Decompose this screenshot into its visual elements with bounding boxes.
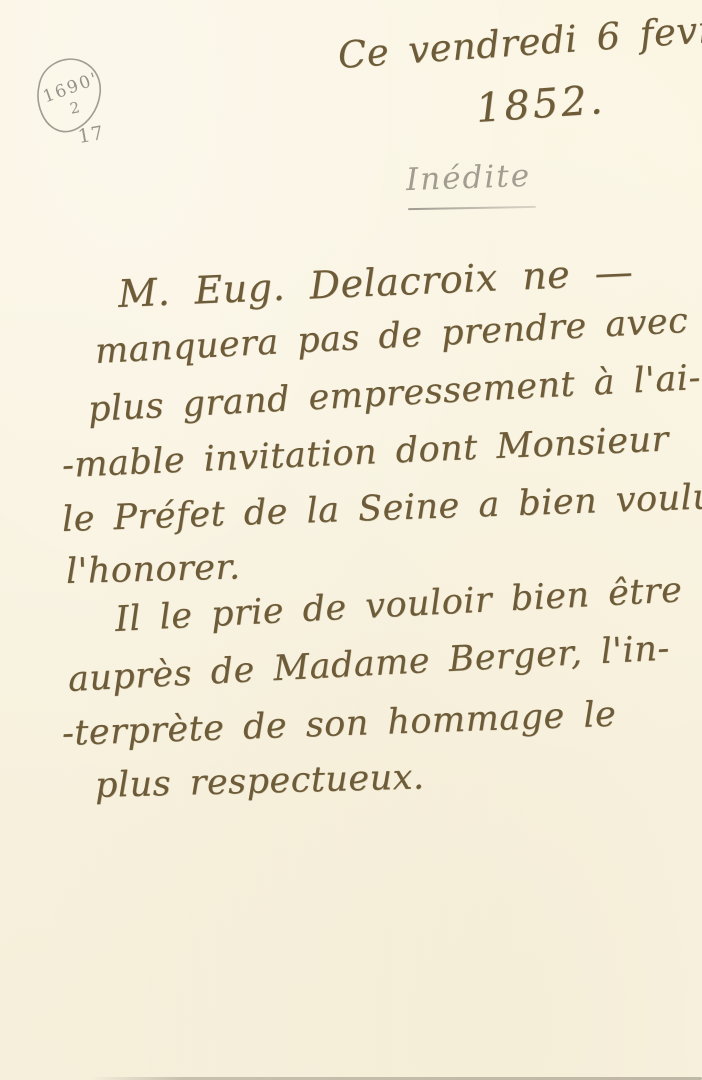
letter-line: M. Eug. Delacroix ne —: [117, 250, 634, 316]
letter-page: 1690' 2 17 Ce vendredi 6 fevr. 1852. Iné…: [0, 0, 702, 1080]
pencil-note-inedite: Inédite: [405, 158, 531, 198]
letter-line: plus respectueux.: [94, 757, 425, 806]
letter-line: l'honorer.: [65, 547, 240, 592]
letter-line: le Préfet de la Seine a bien voulu: [61, 477, 702, 540]
date-line-1: Ce vendredi 6 fevr.: [337, 7, 702, 77]
letter-line: auprès de Madame Berger, l'in-: [67, 629, 671, 700]
pencil-underline: [408, 206, 536, 210]
letter-line: plus grand empressement à l'ai-: [87, 358, 702, 430]
letter-line: -mable invitation dont Monsieur: [61, 420, 669, 486]
folio-number: 17: [76, 122, 106, 148]
letter-line: -terprète de son hommage le: [61, 695, 617, 754]
date-line-2: 1852.: [474, 77, 606, 132]
